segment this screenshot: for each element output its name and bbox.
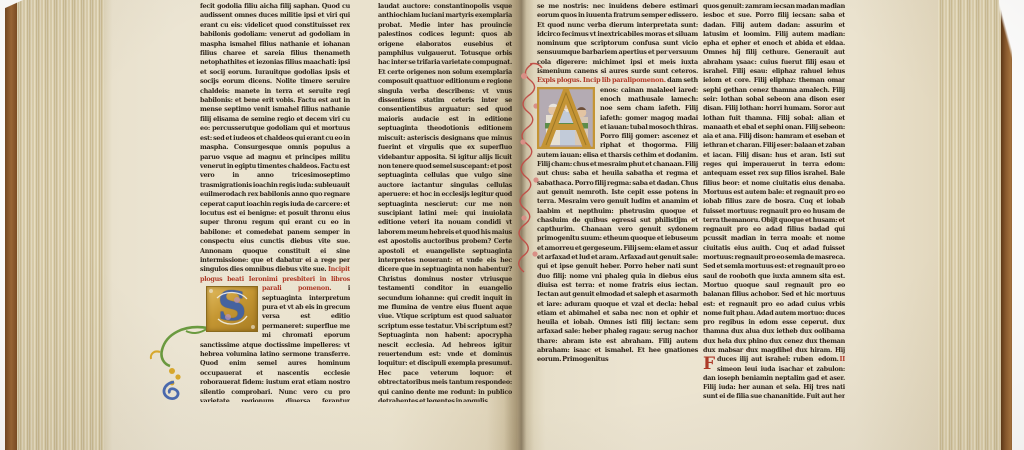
body-text: quos genuit: zamram iecsan madan madian … [703,2,845,363]
body-text: fecit godolia filiu aicha filij saphan. … [200,2,350,273]
initial-S-filigree [207,287,257,331]
lombard-initial-F: F [703,356,715,372]
body-text: laudat auctore: constantinopolis vsque a… [378,2,512,402]
rubric-text: Expls plogus. Incip lib paralipomenon. [537,76,667,84]
left-page-column-1: fecit godolia filiu aicha filij saphan. … [200,2,350,402]
left-fore-edge-pages [16,0,104,450]
photo-margin-left [0,0,5,450]
right-page-column-1: se me nostris: nec inuidens debere estim… [537,2,698,400]
chapter-two-marker: edom. II [818,355,845,364]
right-page-column-2: quos genuit: zamram iecsan madan madian … [703,2,845,400]
initial-A-scene [537,87,595,149]
body-text: se me nostris: nec inuidens debere estim… [537,2,698,75]
right-fore-edge-pages [938,0,1002,450]
chapter-end-word: edom. [818,355,839,363]
chapter-numeral: II [840,355,845,363]
photo-corner-wedge [999,0,1014,80]
manuscript-photo: fecit godolia filiu aicha filij saphan. … [0,0,1024,450]
historiated-initial-A [537,87,595,149]
left-cover-board [4,0,17,450]
photo-corner-wedge [3,0,23,9]
left-page-column-2: laudat auctore: constantinopolis vsque a… [378,2,512,402]
illuminated-initial-S: S [206,286,258,332]
